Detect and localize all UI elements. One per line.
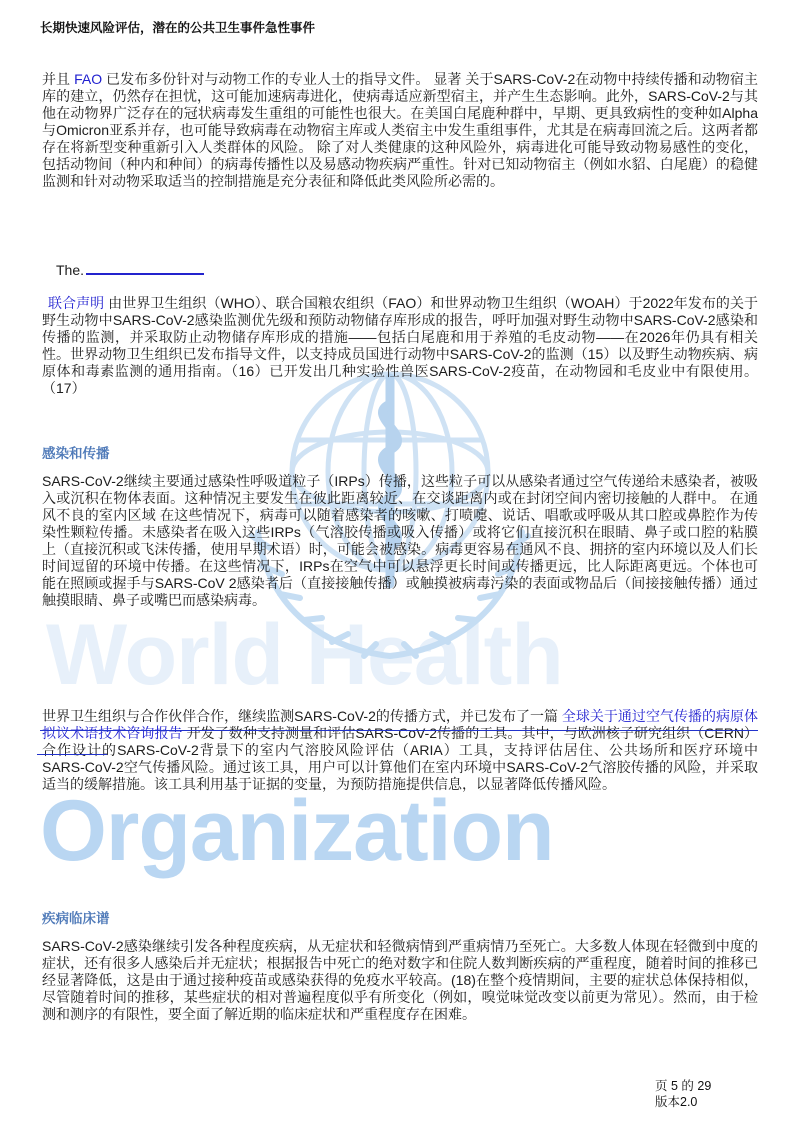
page-footer: 页 5 的 29 版本2.0 [655,1078,765,1110]
paragraph-joint-statement: 联合声明 由世界卫生组织（WHO）、联合国粮农组织（FAO）和世界动物卫生组织（… [42,295,758,397]
page-number-label: 页 5 的 29 [655,1078,765,1094]
document-page: World Health Organization 长期快速风险评估，潜在的公共… [0,0,794,1123]
p1-post-text: 已发布多份针对与动物工作的专业人士的指导文件。 显著 关于SARS-CoV-2在… [42,71,758,189]
version-label: 版本2.0 [655,1094,765,1110]
paragraph-who-tools: 世界卫生组织与合作伙伴合作，继续监测SARS-CoV-2的传播方式，并已发布了一… [42,708,758,793]
the-label: The. [56,262,84,278]
link-underline [37,754,107,755]
link-underline [40,730,758,731]
paragraph-clinical-spectrum: SARS-CoV-2感染继续引发各种程度疾病，从无症状和轻微病情到严重病情乃至死… [42,938,758,1023]
section-heading-clinical-spectrum: 疾病临床谱 [42,907,442,927]
link-underline [86,273,204,275]
p4-pre-text: 世界卫生组织与合作伙伴合作，继续监测SARS-CoV-2的传播方式，并已发布了一… [42,708,562,724]
paragraph-animal-risk: 并且 FAO 已发布多份针对与动物工作的专业人士的指导文件。 显著 关于SARS… [42,71,758,190]
section-heading-infection-transmission: 感染和传播 [42,442,442,462]
p2-post-text: 由世界卫生组织（WHO）、联合国粮农组织（FAO）和世界动物卫生组织（WOAH）… [42,295,758,396]
running-header: 长期快速风险评估，潜在的公共卫生事件急性事件 [40,18,756,36]
fao-link[interactable]: FAO [74,71,102,87]
page-content: 长期快速风险评估，潜在的公共卫生事件急性事件 并且 FAO 已发布多份针对与动物… [0,0,794,1123]
p1-pre-text: 并且 [42,71,74,87]
paragraph-transmission: SARS-CoV-2继续主要通过感染性呼吸道粒子（IRPs）传播，这些粒子可以从… [42,473,758,609]
the-label-line: The. [56,262,204,278]
joint-statement-link[interactable]: 联合声明 [48,295,104,311]
